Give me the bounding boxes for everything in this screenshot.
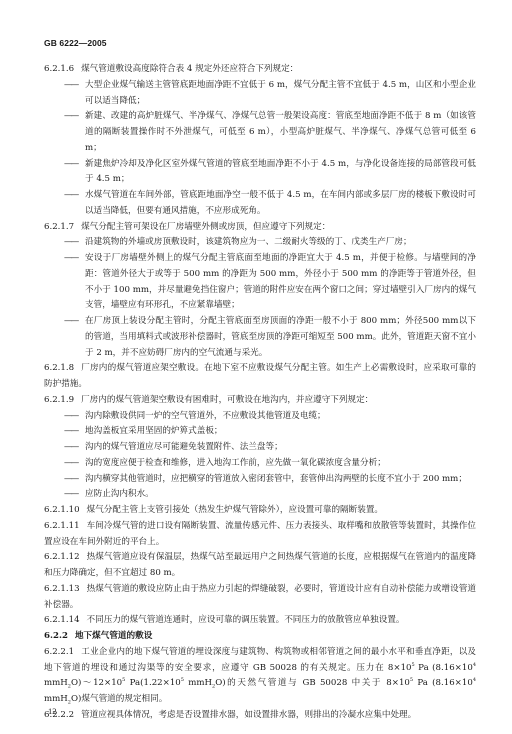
- clause-6-2-2-1: 6.2.2.1工业企业内的地下煤气管道的埋设深度与建筑物、构筑物或相邻管道之间的…: [44, 645, 476, 708]
- list-item: ——沟内除敷设供同一炉的空气管道外，不应敷设其他管道及电缆；: [44, 409, 476, 425]
- dash-mark: ——: [64, 78, 85, 94]
- clause-number: 6.2.1.7: [44, 222, 74, 232]
- clause-text: 厂房内的煤气管道应架空敷设。在地下室不应敷设煤气分配主管。如生产上必需敷设时，应…: [44, 363, 476, 389]
- dash-mark: ——: [64, 251, 85, 267]
- clause-text: 煤气分配主管上支管引接处（热发生炉煤气管除外），应设置可靠的隔断装置。: [87, 505, 383, 515]
- list-item: ——沟内横穿其他管道时，应把横穿的管道放入密闭套管中，套管伸出沟两壁的长度不宜小…: [44, 472, 476, 488]
- list-item: ——新建、改建的高炉脏煤气、半净煤气、净煤气总管一般架设高度：管底至地面净距不低…: [44, 109, 476, 156]
- standard-header: GB 6222—2005: [44, 38, 107, 48]
- clause-text: 车间冷煤气管的进口设有隔断装置、流量传感元件、压力表接头、取样嘴和放散管等装置时…: [44, 521, 476, 547]
- section-title: 地下煤气管道的敷设: [75, 631, 152, 641]
- clause-number: 6.2.1.6: [44, 64, 74, 74]
- list-item: ——在厂房顶上装设分配主管时，分配主管底面至房顶面的净距一般不小于 800 mm…: [44, 314, 476, 361]
- clause-number: 6.2.1.11: [44, 521, 80, 531]
- dash-mark: ——: [64, 487, 85, 503]
- list-item: ——应防止沟内积水。: [44, 487, 476, 503]
- clause-text: 管道应视具体情况，考虑是否设置排水器，如设置排水器，则排出的冷凝水应集中处理。: [81, 710, 416, 720]
- clause-number: 6.2.1.13: [44, 584, 80, 594]
- dash-mark: ——: [64, 456, 85, 472]
- clause-6-2-1-13: 6.2.1.13热煤气管道的敷设应防止由于热应力引起的焊缝破裂，必要时，管道设计…: [44, 582, 476, 614]
- dash-mark: ——: [64, 472, 85, 488]
- clause-number: 6.2.1.8: [44, 363, 74, 373]
- clause-number: 6.2.1.10: [44, 505, 80, 515]
- list-item: ——地沟盖板宜采用坚固的炉箅式盖板；: [44, 424, 476, 440]
- list-item: ——沿建筑物的外墙或房顶敷设时，该建筑物应为一、二级耐火等级的丁、戊类生产厂房；: [44, 235, 476, 251]
- clause-6-2-1-10: 6.2.1.10煤气分配主管上支管引接处（热发生炉煤气管除外），应设置可靠的隔断…: [44, 503, 476, 519]
- list-item: ——大型企业煤气输送主管管底距地面净距不宜低于 6 m，煤气分配主管不宜低于 4…: [44, 78, 476, 110]
- clause-6-2-1-6: 6.2.1.6煤气管道敷设高度除符合表 4 规定外还应符合下列规定：: [44, 62, 476, 78]
- clause-6-2-1-7: 6.2.1.7煤气分配主管可架设在厂房墙壁外侧或房顶，但应遵守下列规定：: [44, 220, 476, 236]
- clause-6-2-1-9: 6.2.1.9厂房内的煤气管道架空敷设有困难时，可敷设在地沟内，并应遵守下列规定…: [44, 393, 476, 409]
- clause-number: 6.2.1.9: [44, 395, 74, 405]
- dash-mark: ——: [64, 424, 85, 440]
- dash-mark: ——: [64, 157, 85, 173]
- clause-number: 6.2.2.1: [44, 647, 74, 657]
- clause-text: 热煤气管道应设有保温层，热煤气站至最远用户之间热煤气管道的长度，应根据煤气在管道…: [44, 552, 476, 578]
- clause-text: 热煤气管道的敷设应防止由于热应力引起的焊缝破裂，必要时，管道设计应有自动补偿能力…: [44, 584, 476, 610]
- dash-mark: ——: [64, 235, 85, 251]
- dash-mark: ——: [64, 440, 85, 456]
- list-item: ——沟内的煤气管道应尽可能避免装置附件、法兰盘等；: [44, 440, 476, 456]
- clause-6-2-1-12: 6.2.1.12热煤气管道应设有保温层，热煤气站至最远用户之间热煤气管道的长度，…: [44, 550, 476, 582]
- dash-mark: ——: [64, 314, 85, 330]
- document-body: 6.2.1.6煤气管道敷设高度除符合表 4 规定外还应符合下列规定： ——大型企…: [44, 62, 476, 724]
- list-item: ——沟的宽度应便于检查和维修，进入地沟工作前，应先做一氧化碳浓度含量分析；: [44, 456, 476, 472]
- clause-6-2-1-14: 6.2.1.14不同压力的煤气管道连通时，应设可靠的调压装置。不同压力的放散管应…: [44, 613, 476, 629]
- page-number: 12: [48, 706, 57, 716]
- clause-6-2-1-8: 6.2.1.8厂房内的煤气管道应架空敷设。在地下室不应敷设煤气分配主管。如生产上…: [44, 361, 476, 393]
- clause-text: 厂房内的煤气管道架空敷设有困难时，可敷设在地沟内，并应遵守下列规定：: [81, 395, 373, 405]
- clause-6-2-2-2: 6.2.2.2管道应视具体情况，考虑是否设置排水器，如设置排水器，则排出的冷凝水…: [44, 708, 476, 724]
- clause-text: 煤气管道敷设高度除符合表 4 规定外还应符合下列规定：: [81, 64, 298, 74]
- clause-number: 6.2.1.14: [44, 615, 80, 625]
- dash-mark: ——: [64, 109, 85, 125]
- clause-text: 不同压力的煤气管道连通时，应设可靠的调压装置。不同压力的放散管应单独设置。: [87, 615, 405, 625]
- clause-number: 6.2.1.12: [44, 552, 80, 562]
- clause-6-2-1-11: 6.2.1.11车间冷煤气管的进口设有隔断装置、流量传感元件、压力表接头、取样嘴…: [44, 519, 476, 551]
- list-item: ——新建焦炉冷却及净化区室外煤气管道的管底至地面净距不小于 4.5 m，与净化设…: [44, 157, 476, 189]
- section-heading-6-2-2: 6.2.2地下煤气管道的敷设: [44, 629, 476, 645]
- list-item: ——安设于厂房墙壁外侧上的煤气分配主管底面至地面的净距宜大于 4.5 m，并便于…: [44, 251, 476, 314]
- list-item: ——水煤气管道在车间外部，管底距地面净空一般不低于 4.5 m，在车间内部或多层…: [44, 188, 476, 220]
- clause-text: 煤气分配主管可架设在厂房墙壁外侧或房顶，但应遵守下列规定：: [81, 222, 330, 232]
- dash-mark: ——: [64, 409, 85, 425]
- dash-mark: ——: [64, 188, 85, 204]
- section-number: 6.2.2: [44, 631, 68, 641]
